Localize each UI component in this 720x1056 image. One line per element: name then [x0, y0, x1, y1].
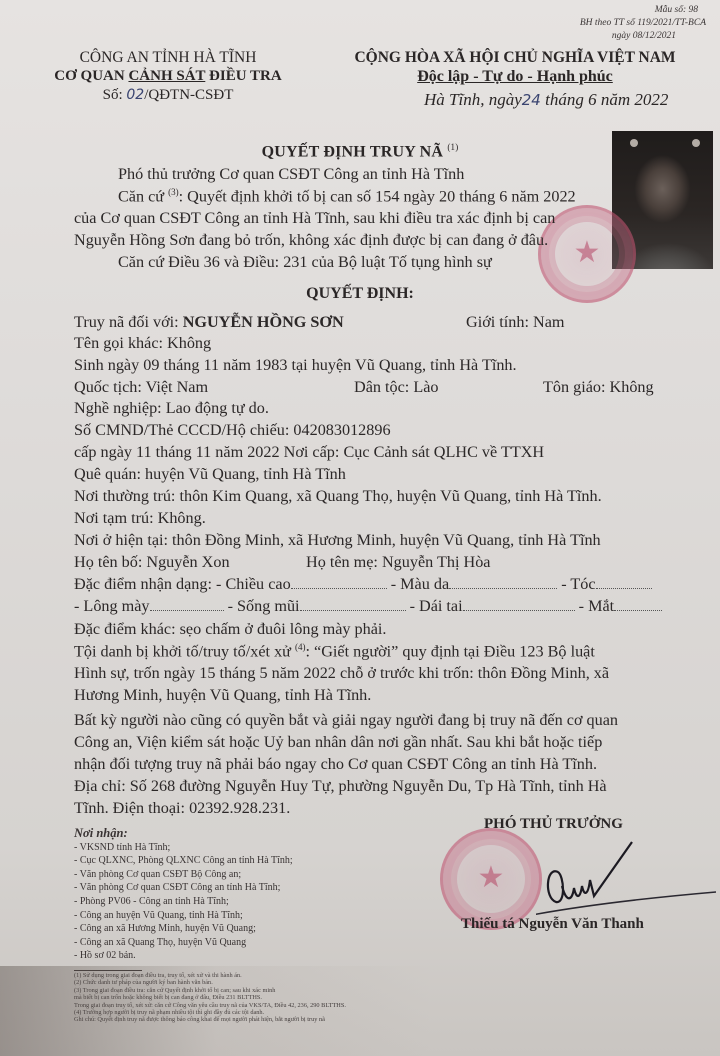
recipient-item: - Công an huyện Vũ Quang, tỉnh Hà Tĩnh; [74, 909, 293, 923]
footnote: (3) Trong giai đoạn điều tra: căn cứ Quy… [74, 987, 346, 994]
footnote: (4) Trường hợp người bị truy nã phạm nhi… [74, 1009, 346, 1016]
recipients-heading: Nơi nhận: [74, 827, 293, 841]
height-blank [291, 576, 387, 589]
nationality: Quốc tịch: Việt Nam [74, 378, 208, 397]
form-regulation: BH theo TT số 119/2021/TT-BCA [580, 17, 706, 30]
star-icon: ★ [574, 235, 601, 270]
nose-blank [300, 598, 406, 611]
recipient-item: - Phòng PV06 - Công an tỉnh Hà Tĩnh; [74, 895, 293, 909]
identifying-features-row-1: Đặc điểm nhận dạng: - Chiều cao - Màu da… [74, 575, 652, 594]
instruction-line-1: Bất kỳ người nào cũng có quyền bắt và gi… [74, 711, 618, 730]
nation-name: CỘNG HÒA XÃ HỘI CHỦ NGHĨA VIỆT NAM [320, 48, 710, 67]
footnote: Trong giai đoạn truy tố, xét xử: căn cứ … [74, 1002, 346, 1009]
id-number: Số CMND/Thẻ CCCD/Hộ chiếu: 042083012896 [74, 421, 391, 440]
document-number: Số: 02/QĐTN-CSĐT [48, 86, 288, 105]
charge-line-2: Hình sự, trốn ngày 15 tháng 5 năm 2022 c… [74, 664, 609, 683]
wanted-person-line: Truy nã đối với: NGUYỄN HỒNG SƠN [74, 313, 344, 332]
eyebrows-blank [150, 598, 224, 611]
decision-heading: QUYẾT ĐỊNH: [0, 285, 720, 303]
recipient-item: - Công an xã Hương Minh, huyện Vũ Quang; [74, 922, 293, 936]
form-number: Mẫu số: 98 [580, 4, 698, 17]
issue-date: Hà Tĩnh, ngày24 tháng 6 năm 2022 [424, 90, 668, 110]
identifying-features-row-2: - Lông mày - Sống mũi - Dái tai - Mắt [74, 597, 662, 616]
birth-info: Sinh ngày 09 tháng 11 năm 1983 tại huyện… [74, 356, 517, 375]
occupation: Nghề nghiệp: Lao động tự do. [74, 399, 269, 418]
signer-name: Thiếu tá Nguyễn Văn Thanh [461, 916, 644, 933]
recipient-item: - Công an xã Quang Thọ, huyện Vũ Quang [74, 936, 293, 950]
alias: Tên gọi khác: Không [74, 334, 211, 353]
recipient-item: - Hồ sơ 02 bản. [74, 949, 293, 963]
recipient-item: - VKSND tỉnh Hà Tĩnh; [74, 841, 293, 855]
permanent-residence: Nơi thường trú: thôn Kim Quang, xã Quang… [74, 487, 602, 506]
charge-line-1: Tội danh bị khởi tố/truy tố/xét xử (4): … [74, 642, 595, 661]
skin-blank [449, 576, 557, 589]
form-regulation-date: ngày 08/12/2021 [580, 30, 676, 43]
other-features: Đặc điểm khác: sẹo chấm ở đuôi lông mày … [74, 620, 386, 639]
star-icon: ★ [478, 860, 505, 895]
instruction-line-2: Công an, Viện kiểm sát hoặc Uỷ ban nhân … [74, 733, 602, 752]
hometown: Quê quán: huyện Vũ Quang, tỉnh Hà Tĩnh [74, 465, 346, 484]
id-issued: cấp ngày 11 tháng 11 năm 2022 Nơi cấp: C… [74, 443, 544, 462]
footnote: (2) Chức danh tư pháp của người ký ban h… [74, 979, 346, 986]
religion: Tôn giáo: Không [543, 378, 654, 397]
basis-line-1: Căn cứ (3): Quyết định khởi tố bị can số… [118, 187, 576, 206]
department-name: CƠ QUAN CẢNH SÁT ĐIỀU TRA [48, 67, 288, 86]
agency-name: CÔNG AN TỈNH HÀ TĨNH [48, 48, 288, 67]
instruction-line-3: nhận đối tượng truy nã phải báo ngay cho… [74, 755, 597, 774]
contact-phone: Tĩnh. Điện thoại: 02392.928.231. [74, 799, 290, 818]
wanted-decision-document: Mẫu số: 98 BH theo TT số 119/2021/TT-BCA… [0, 0, 720, 1056]
signer-title: PHÓ THỦ TRƯỞNG [484, 816, 623, 833]
hair-blank [596, 576, 652, 589]
handwritten-number: 02 [126, 87, 144, 103]
basis-line-2: của Cơ quan CSĐT Công an tỉnh Hà Tĩnh, s… [74, 209, 555, 228]
recipient-item: - Văn phòng Cơ quan CSĐT Bộ Công an; [74, 868, 293, 882]
father-name: Họ tên bố: Nguyễn Xon [74, 553, 230, 572]
recipients-list: Nơi nhận: - VKSND tỉnh Hà Tĩnh; - Cục QL… [74, 827, 293, 963]
ethnicity: Dân tộc: Lào [354, 378, 439, 397]
basis-line-4: Căn cứ Điều 36 và Điều: 231 của Bộ luật … [118, 253, 492, 272]
form-note: Mẫu số: 98 BH theo TT số 119/2021/TT-BCA… [580, 4, 706, 43]
official-seal-stamp: ★ [440, 828, 542, 930]
recipient-item: - Văn phòng Cơ quan CSĐT Công an tỉnh Hà… [74, 881, 293, 895]
footnote-divider [74, 970, 142, 971]
eyes-blank [614, 598, 662, 611]
current-residence: Nơi ở hiện tại: thôn Đồng Minh, xã Hương… [74, 531, 601, 550]
footnote: (1) Sử dụng trong giai đoạn điều tra, tr… [74, 972, 346, 979]
footnote: mà biết bị can trốn hoặc không biết bị c… [74, 994, 346, 1001]
issuer-line: Phó thủ trưởng Cơ quan CSĐT Công an tỉnh… [118, 165, 464, 184]
mother-name: Họ tên mẹ: Nguyễn Thị Hòa [306, 553, 490, 572]
earlobe-blank [463, 598, 575, 611]
footnotes: (1) Sử dụng trong giai đoạn điều tra, tr… [74, 972, 346, 1024]
charge-line-3: Hương Minh, huyện Vũ Quang, tỉnh Hà Tĩnh… [74, 686, 371, 705]
handwritten-day: 24 [522, 91, 541, 109]
gender: Giới tính: Nam [466, 313, 565, 332]
national-header: CỘNG HÒA XÃ HỘI CHỦ NGHĨA VIỆT NAM Độc l… [320, 48, 710, 86]
national-motto: Độc lập - Tự do - Hạnh phúc [320, 67, 710, 86]
recipient-item: - Cục QLXNC, Phòng QLXNC Công an tỉnh Hà… [74, 854, 293, 868]
wanted-name: NGUYỄN HỒNG SƠN [183, 313, 344, 331]
footnote: Ghi chú: Quyết định truy nã được thông b… [74, 1016, 346, 1023]
basis-line-3: Nguyễn Hồng Sơn đang bỏ trốn, không xác … [74, 231, 548, 250]
issuing-agency-header: CÔNG AN TỈNH HÀ TĨNH CƠ QUAN CẢNH SÁT ĐI… [48, 48, 288, 105]
temporary-residence: Nơi tạm trú: Không. [74, 509, 206, 528]
handwritten-signature [536, 836, 716, 916]
contact-address: Địa chỉ: Số 268 đường Nguyễn Huy Tự, phư… [74, 777, 607, 796]
